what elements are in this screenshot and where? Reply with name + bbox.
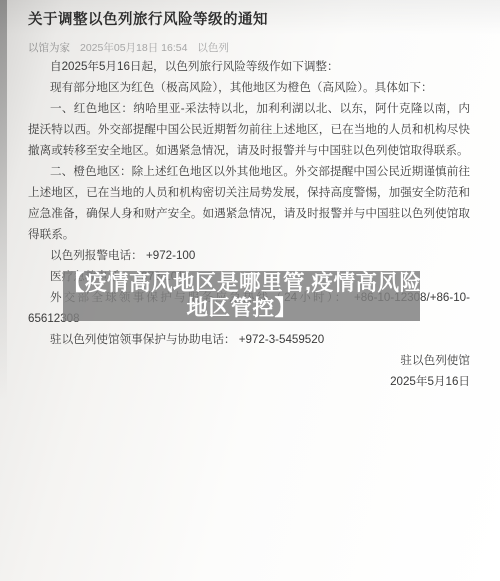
paragraph-red-zone: 一、红色地区：纳哈里亚-采法特以北，加利利湖以北、以东，阿什克隆以南，内提沃特以… [28,98,470,161]
meta-datetime: 2025年05月18日 16:54 [80,42,187,54]
meta-source: 以馆为家 [28,42,70,54]
page-edge-shadow [0,0,7,400]
watermark-line-2: 地区管控】 [63,296,420,321]
paragraph-orange-zone: 二、橙色地区：除上述红色地区以外其他地区。外交部提醒中国公民近期谨慎前往上述地区… [28,161,470,245]
contact-police-phone: 以色列报警电话： +972-100 [28,245,470,266]
meta-location-tag: 以色列 [197,42,229,54]
article-meta: 以馆为家2025年05月18日 16:54以色列 [28,41,470,56]
issue-date: 2025年5月16日 [28,371,470,392]
paragraph-intro: 自2025年5月16日起，以色列旅行风险等级作如下调整： [28,56,470,77]
watermark-overlay: 【疫情高风地区是哪里管,疫情高风险 地区管控】 [63,271,420,321]
signature: 驻以色列使馆 [28,350,470,371]
paragraph-overview: 现有部分地区为红色（极高风险），其他地区为橙色（高风险）。具体如下： [28,77,470,98]
watermark-line-1: 【疫情高风地区是哪里管,疫情高风险 [63,271,420,296]
contact-embassy-phone: 驻以色列使馆领事保护与协助电话： +972-3-5459520 [28,329,470,350]
notice-page: 关于调整以色列旅行风险等级的通知 以馆为家2025年05月18日 16:54以色… [0,0,500,581]
page-title: 关于调整以色列旅行风险等级的通知 [28,0,470,30]
